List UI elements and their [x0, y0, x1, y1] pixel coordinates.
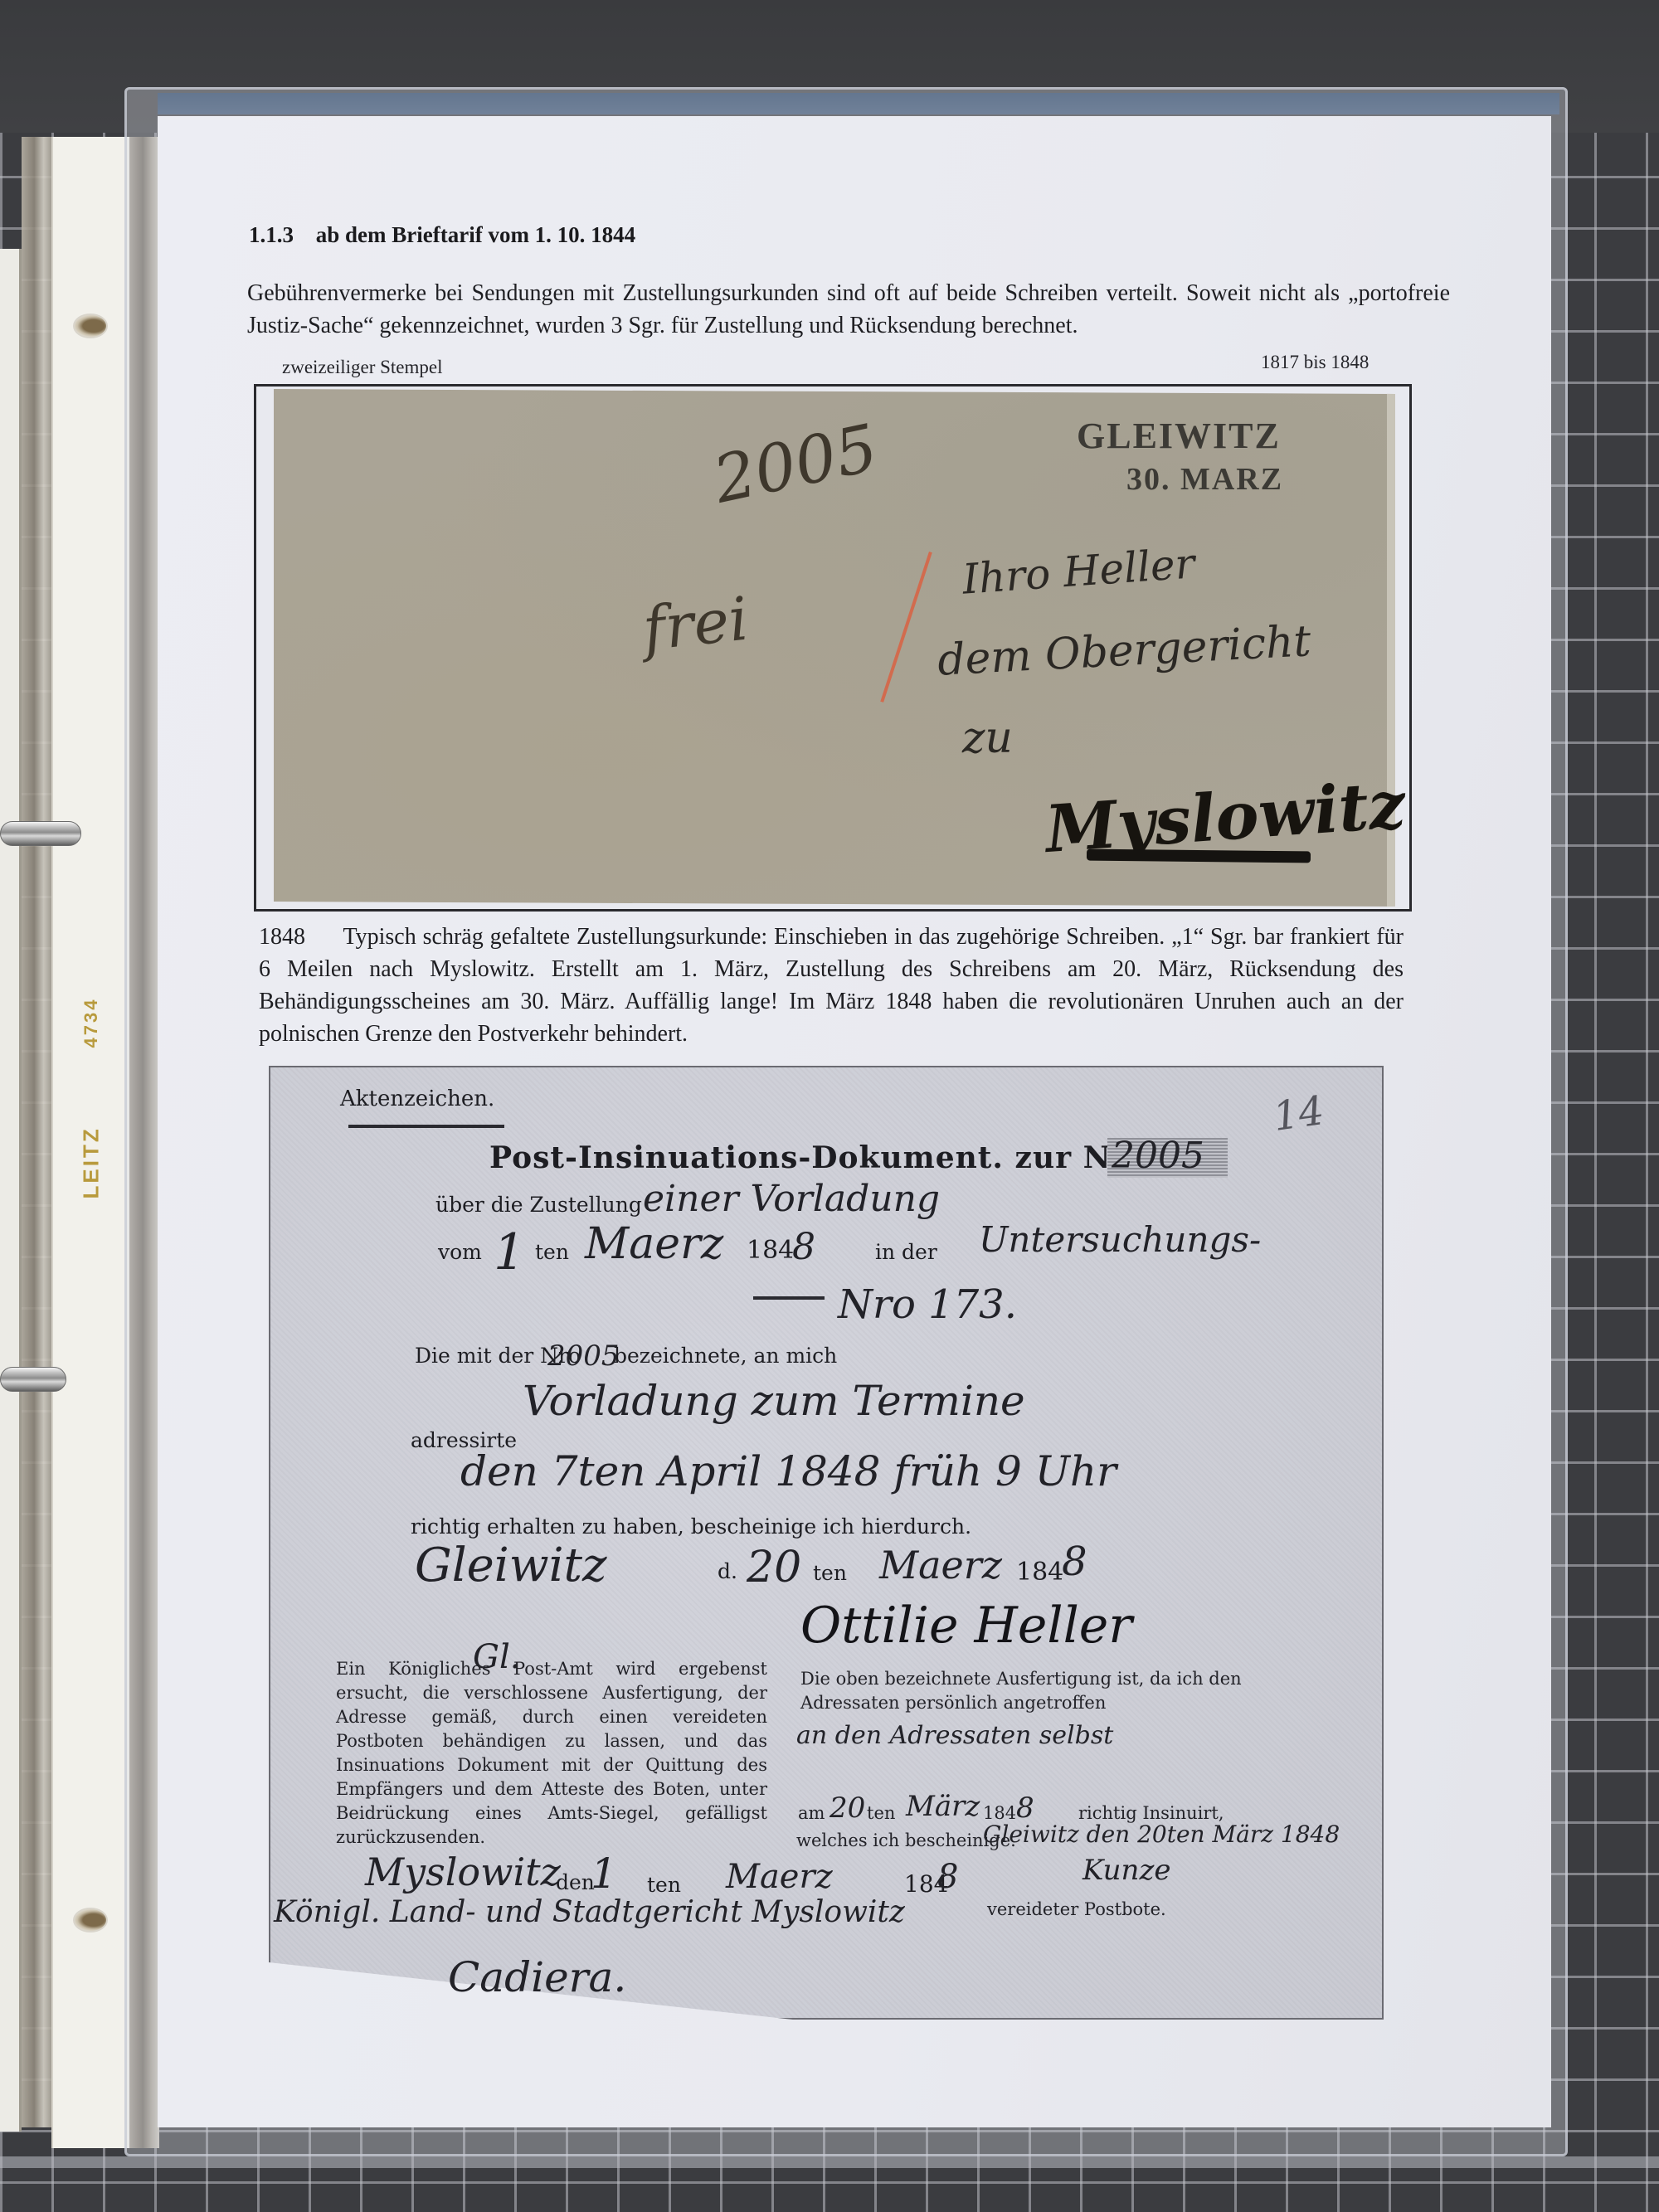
doc-postbote-label: vereideter Postbote. — [987, 1898, 1166, 1922]
doc-received-label-b: bezeichnete, an mich — [614, 1344, 837, 1368]
doc-year-suffix: 8 — [792, 1226, 815, 1268]
intro-paragraph: Gebührenvermerke bei Sendungen mit Zuste… — [247, 277, 1450, 342]
doc-date-day: 20 — [747, 1543, 801, 1592]
doc-year-prefix: 184 — [747, 1236, 794, 1265]
description-text: Typisch schräg gefaltete Zustellungsurku… — [259, 924, 1404, 1047]
doc-insinuated-day: 20 — [829, 1791, 865, 1825]
binder-ring-lower-icon[interactable] — [0, 1367, 66, 1392]
doc-date-year-suffix: 8 — [1062, 1539, 1087, 1585]
doc-adressirte-value2: den 7ten April 1848 früh 9 Uhr — [460, 1447, 1117, 1495]
cover-address-zu: zu — [962, 713, 1013, 763]
doc-right-block-handwritten: an den Adressaten selbst — [796, 1721, 1113, 1750]
sleeve-top-edge — [158, 93, 1559, 114]
punch-hole-top-icon — [73, 314, 108, 338]
doc-nro-value: Nro 173. — [838, 1281, 1017, 1328]
postmark: GLEIWITZ 30. MARZ — [1077, 415, 1283, 501]
spine-brand-label: LEITZ — [79, 1133, 105, 1199]
binder-ring-upper-icon[interactable] — [0, 821, 81, 846]
doc-bottom-signature: Cadiera. — [448, 1953, 626, 2001]
doc-bottom-handwritten: Königl. Land- und Stadtgericht Myslowitz — [274, 1895, 905, 1929]
caption-stamp-type: zweizeiliger Stempel — [282, 357, 443, 378]
doc-insinuated-am-label: am — [798, 1801, 825, 1826]
doc-title: Post-Insinuations-Dokument. zur Nro. — [489, 1140, 1159, 1175]
underlying-page-edge — [0, 249, 22, 2132]
section-number: 1.1.3 — [249, 222, 294, 247]
doc-confirm-text: richtig erhalten zu haben, bescheinige i… — [411, 1514, 971, 1539]
doc-in-der-label: in der — [875, 1240, 937, 1264]
doc-date-month: Maerz — [879, 1543, 1002, 1587]
doc-date-d-label: d. — [718, 1559, 737, 1583]
mat-grid-line — [0, 2156, 1659, 2168]
doc-title-number: 2005 — [1112, 1135, 1204, 1177]
postmark-date: 30. MARZ — [1126, 458, 1283, 501]
doc-bottom-year-suffix: 8 — [937, 1858, 958, 1896]
punch-hole-bottom-icon — [73, 1908, 108, 1932]
doc-recipient-signature: Ottilie Heller — [800, 1597, 1132, 1655]
city-underline — [1087, 849, 1311, 863]
doc-month: Maerz — [585, 1219, 723, 1269]
doc-date-ten-label: ten — [813, 1561, 847, 1585]
doc-aktenzeichen-label: Aktenzeichen. — [340, 1087, 494, 1111]
caption-date-range: 1817 bis 1848 — [1261, 352, 1369, 373]
section-title: ab dem Brieftarif vom 1. 10. 1844 — [316, 222, 635, 247]
doc-zustellung-label: über die Zustellung — [435, 1193, 642, 1217]
doc-bottom-month: Maerz — [726, 1858, 833, 1896]
cover-handwritten-frei: frei — [640, 584, 752, 664]
doc-place: Gleiwitz — [415, 1539, 607, 1592]
doc-postbote-name: Kunze — [1082, 1854, 1170, 1887]
doc-date-year-prefix: 184 — [1016, 1558, 1063, 1587]
description-year: 1848 — [259, 924, 305, 950]
doc-left-block-text: Ein Königliches Post-Amt wird ergebenst … — [336, 1657, 767, 1850]
postmark-town: GLEIWITZ — [1077, 415, 1283, 458]
doc-bottom-day: 1 — [591, 1850, 617, 1898]
doc-bottom-ten-label: ten — [647, 1873, 681, 1897]
doc-vom-label: vom — [438, 1240, 482, 1264]
doc-corner-mark: 14 — [1270, 1087, 1326, 1140]
doc-vom-day: 1 — [494, 1223, 525, 1281]
doc-insinuated-ten-label: ten — [867, 1801, 895, 1826]
doc-rule-short — [753, 1296, 825, 1300]
doc-insinuated-month: März — [906, 1790, 980, 1823]
doc-ten-label: ten — [535, 1240, 569, 1264]
doc-zustellung-value: einer Vorladung — [643, 1178, 940, 1220]
doc-right-block-text: Die oben bezeichnete Ausfertigung ist, d… — [800, 1667, 1261, 1715]
binder-sleeve-left — [22, 137, 53, 2127]
section-heading: 1.1.3 ab dem Brieftarif vom 1. 10. 1844 — [249, 222, 635, 248]
doc-in-der-value: Untersuchungs- — [979, 1219, 1261, 1260]
item-description: 1848 Typisch schräg gefaltete Zustellung… — [259, 921, 1404, 1050]
doc-aktenzeichen-rule — [348, 1125, 504, 1128]
doc-received-number: 2005 — [547, 1339, 620, 1373]
doc-post-amt-value: Gl. — [473, 1638, 520, 1676]
doc-bottom-place: Myslowitz — [365, 1850, 561, 1894]
doc-welches-handwritten: Gleiwitz den 20ten März 1848 — [983, 1821, 1340, 1848]
spine-model-number: 4734 — [80, 989, 102, 1056]
doc-adressirte-value1: Vorladung zum Termine — [523, 1377, 1025, 1425]
doc-insinuated-year-suffix: 8 — [1016, 1791, 1034, 1825]
doc-bottom-den-label: den — [556, 1870, 595, 1894]
